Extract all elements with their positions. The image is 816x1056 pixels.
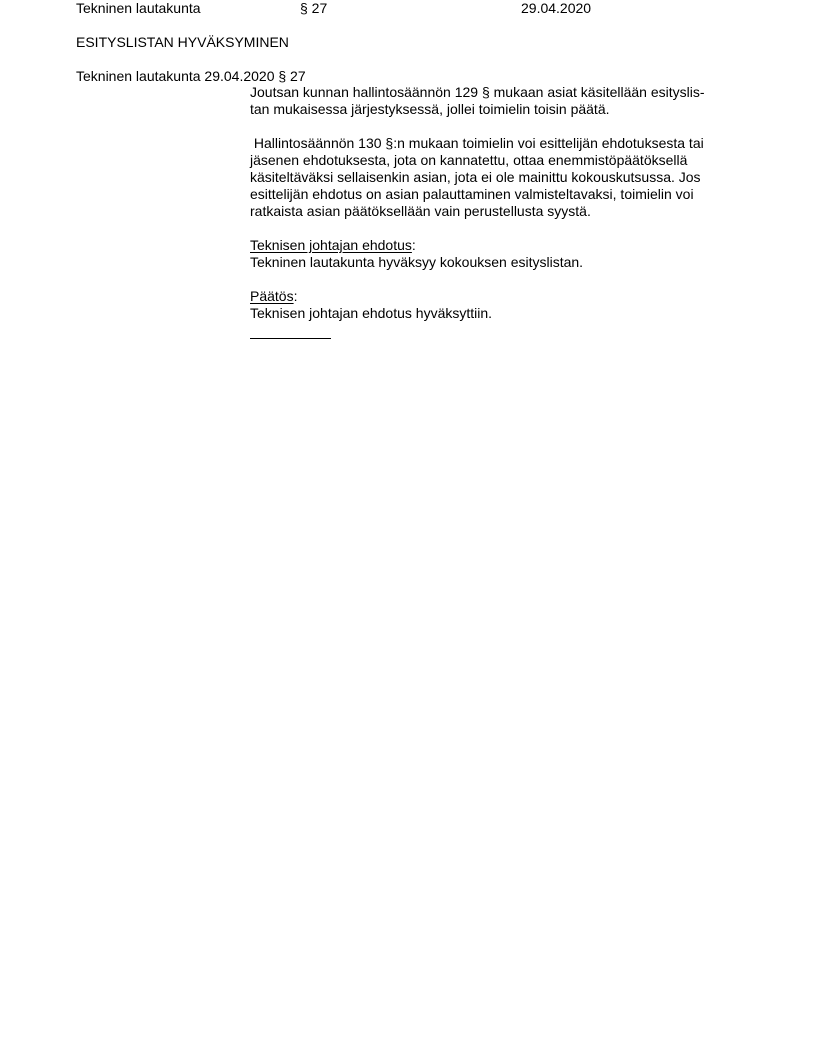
- paragraph-rules-additions: Hallintosäännön 130 §:n mukaan toimielin…: [250, 135, 740, 220]
- item-title: ESITYSLISTAN HYVÄKSYMINEN: [76, 34, 289, 51]
- proposal-section: Teknisen johtajan ehdotus: Tekninen laut…: [250, 237, 740, 271]
- decision-colon: :: [294, 288, 298, 304]
- header-board-name: Tekninen lautakunta: [76, 0, 201, 17]
- text-line: esittelijän ehdotus on asian palauttamin…: [250, 186, 740, 203]
- text-line: ratkaista asian päätöksellään vain perus…: [250, 203, 740, 220]
- proposal-label: Teknisen johtajan ehdotus: [250, 237, 412, 253]
- header-date: 29.04.2020: [521, 0, 591, 17]
- paragraph-rules-order: Joutsan kunnan hallintosäännön 129 § muk…: [250, 84, 740, 118]
- meeting-reference: Tekninen lautakunta 29.04.2020 § 27: [76, 68, 306, 85]
- proposal-colon: :: [412, 237, 416, 253]
- end-separator-line: [250, 338, 331, 339]
- proposal-text: Tekninen lautakunta hyväksyy kokouksen e…: [250, 254, 740, 271]
- decision-heading: Päätös:: [250, 288, 740, 305]
- decision-section: Päätös: Teknisen johtajan ehdotus hyväks…: [250, 288, 740, 322]
- proposal-heading: Teknisen johtajan ehdotus:: [250, 237, 740, 254]
- text-line: Joutsan kunnan hallintosäännön 129 § muk…: [250, 84, 740, 101]
- decision-label: Päätös: [250, 288, 294, 304]
- header-section-number: § 27: [300, 0, 327, 17]
- item-body: Joutsan kunnan hallintosäännön 129 § muk…: [250, 84, 740, 339]
- text-line: käsiteltäväksi sellaisenkin asian, jota …: [250, 169, 740, 186]
- text-line: Hallintosäännön 130 §:n mukaan toimielin…: [250, 135, 740, 152]
- decision-text: Teknisen johtajan ehdotus hyväksyttiin.: [250, 305, 740, 322]
- text-line: jäsenen ehdotuksesta, jota on kannatettu…: [250, 152, 740, 169]
- text-line: tan mukaisessa järjestyksessä, jollei to…: [250, 101, 740, 118]
